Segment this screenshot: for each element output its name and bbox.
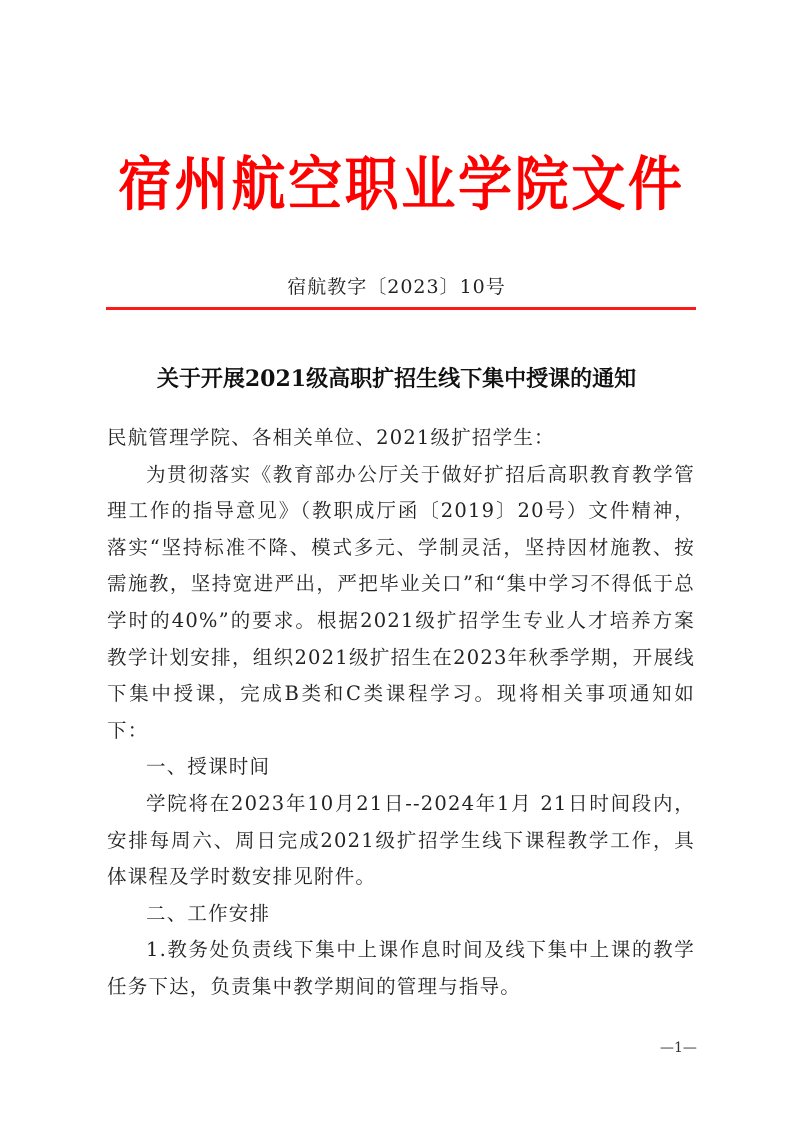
red-divider-rule — [106, 307, 696, 310]
title-char: 宿 — [118, 147, 172, 223]
section-heading: 二、工作安排 — [107, 896, 695, 933]
body-paragraph: 1.教务处负责线下集中上课作息时间及线下集中上课的教学任务下达，负责集中教学期间… — [107, 932, 695, 1005]
title-char: 院 — [515, 147, 569, 223]
body-paragraph: 为贯彻落实《教育部办公厅关于做好扩招后高职教育教学管理工作的指导意见》（教职成厅… — [107, 457, 695, 750]
page-number: —1— — [660, 1040, 697, 1056]
title-char: 学 — [458, 147, 512, 223]
title-char: 州 — [175, 147, 229, 223]
title-char: 文 — [571, 147, 625, 223]
body-paragraph: 学院将在2023年10月21日--2024年1月 21日时间段内，安排每周六、周… — [107, 786, 695, 896]
title-char: 业 — [401, 147, 455, 223]
document-number: 宿航教字〔2023〕10号 — [0, 272, 793, 299]
title-char: 职 — [345, 147, 399, 223]
section-heading: 一、授课时间 — [107, 749, 695, 786]
title-char: 空 — [288, 147, 342, 223]
notice-body: 民航管理学院、各相关单位、2021级扩招学生： 为贯彻落实《教育部办公厅关于做好… — [107, 420, 695, 1006]
title-char: 件 — [628, 147, 682, 223]
salutation: 民航管理学院、各相关单位、2021级扩招学生： — [107, 420, 695, 457]
notice-title: 关于开展2021级高职扩招生线下集中授课的通知 — [0, 362, 793, 393]
title-char: 航 — [231, 147, 285, 223]
document-page: 宿 州 航 空 职 业 学 院 文 件 宿航教字〔2023〕10号 关于开展20… — [0, 0, 793, 1122]
issuer-header-title: 宿 州 航 空 职 业 学 院 文 件 — [100, 150, 700, 220]
